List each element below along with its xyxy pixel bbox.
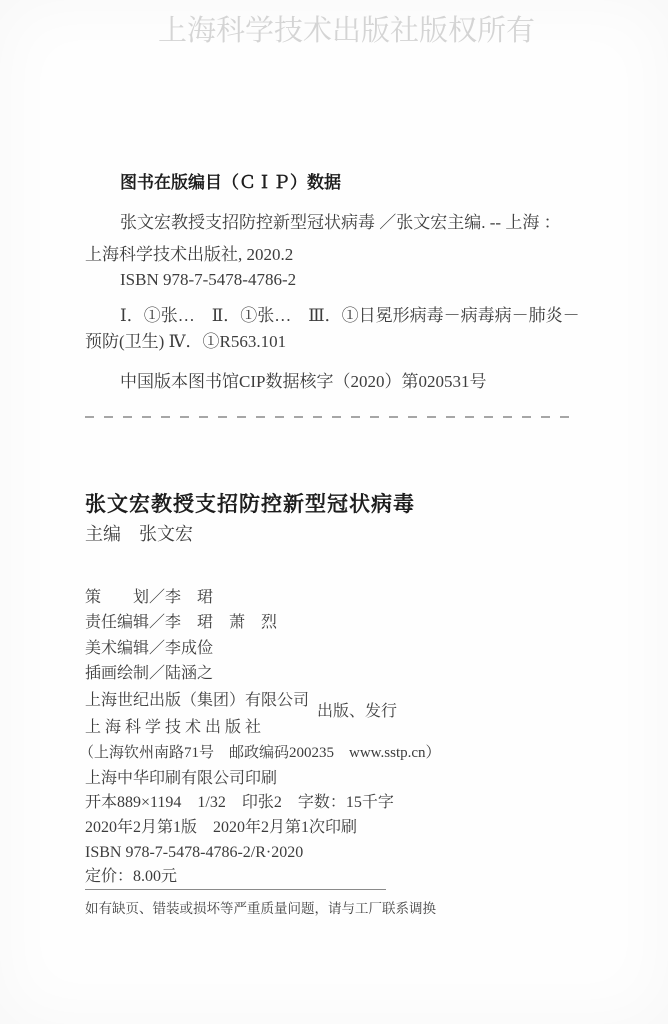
price-line: 定价：8.00元 [85, 867, 177, 886]
credit-line-art-editor: 美术编辑／李成俭 [85, 639, 213, 658]
publish-distribute-label: 出版、发行 [317, 702, 397, 721]
press-address: （上海钦州南路71号 邮政编码200235 www.sstp.cn） [79, 744, 441, 762]
cip-classification-line-2: 预防(卫生) Ⅳ．①R563.101 [85, 332, 286, 352]
cip-classification-line-1: Ⅰ．①张… Ⅱ．①张… Ⅲ．①日冕形病毒－病毒病－肺炎－ [120, 306, 580, 326]
publisher-watermark: 上海科学技术出版社版权所有 [158, 14, 535, 49]
credit-line-responsible-editor: 责任编辑／李 珺 萧 烈 [85, 613, 277, 632]
copyright-page: 上海科学技术出版社版权所有 图书在版编目（ＣＩＰ）数据 张文宏教授支招防控新型冠… [0, 0, 668, 1024]
dashed-divider [85, 416, 578, 418]
edition-line: 2020年2月第1版 2020年2月第1次印刷 [85, 818, 357, 837]
credit-line-planner: 策 划／李 珺 [85, 588, 213, 607]
cip-verification-number: 中国版本图书馆CIP数据核字（2020）第020531号 [120, 372, 486, 392]
quality-note: 如有缺页、错装或损坏等严重质量问题，请与工厂联系调换 [85, 901, 436, 917]
cip-record-line-1: 张文宏教授支招防控新型冠状病毒 ／张文宏主编. -- 上海 ： [120, 213, 561, 233]
chief-editor-line: 主编 张文宏 [85, 524, 193, 546]
book-title: 张文宏教授支招防控新型冠状病毒 [85, 492, 415, 517]
cip-header: 图书在版编目（ＣＩＰ）数据 [120, 173, 341, 193]
cip-record-line-2: 上海科学技术出版社, 2020.2 [85, 245, 293, 265]
press-name: 上 海 科 学 技 术 出 版 社 [85, 718, 261, 737]
footer-divider [85, 889, 386, 890]
isbn-line: ISBN 978-7-5478-4786-2/R·2020 [85, 843, 303, 862]
credit-line-illustrator: 插画绘制／陆涵之 [85, 664, 213, 683]
format-line: 开本889×1194 1/32 印张2 字数：15千字 [85, 793, 394, 812]
cip-isbn: ISBN 978-7-5478-4786-2 [120, 270, 296, 290]
printer-line: 上海中华印刷有限公司印刷 [85, 769, 277, 788]
publishing-group: 上海世纪出版（集团）有限公司 [85, 691, 309, 710]
